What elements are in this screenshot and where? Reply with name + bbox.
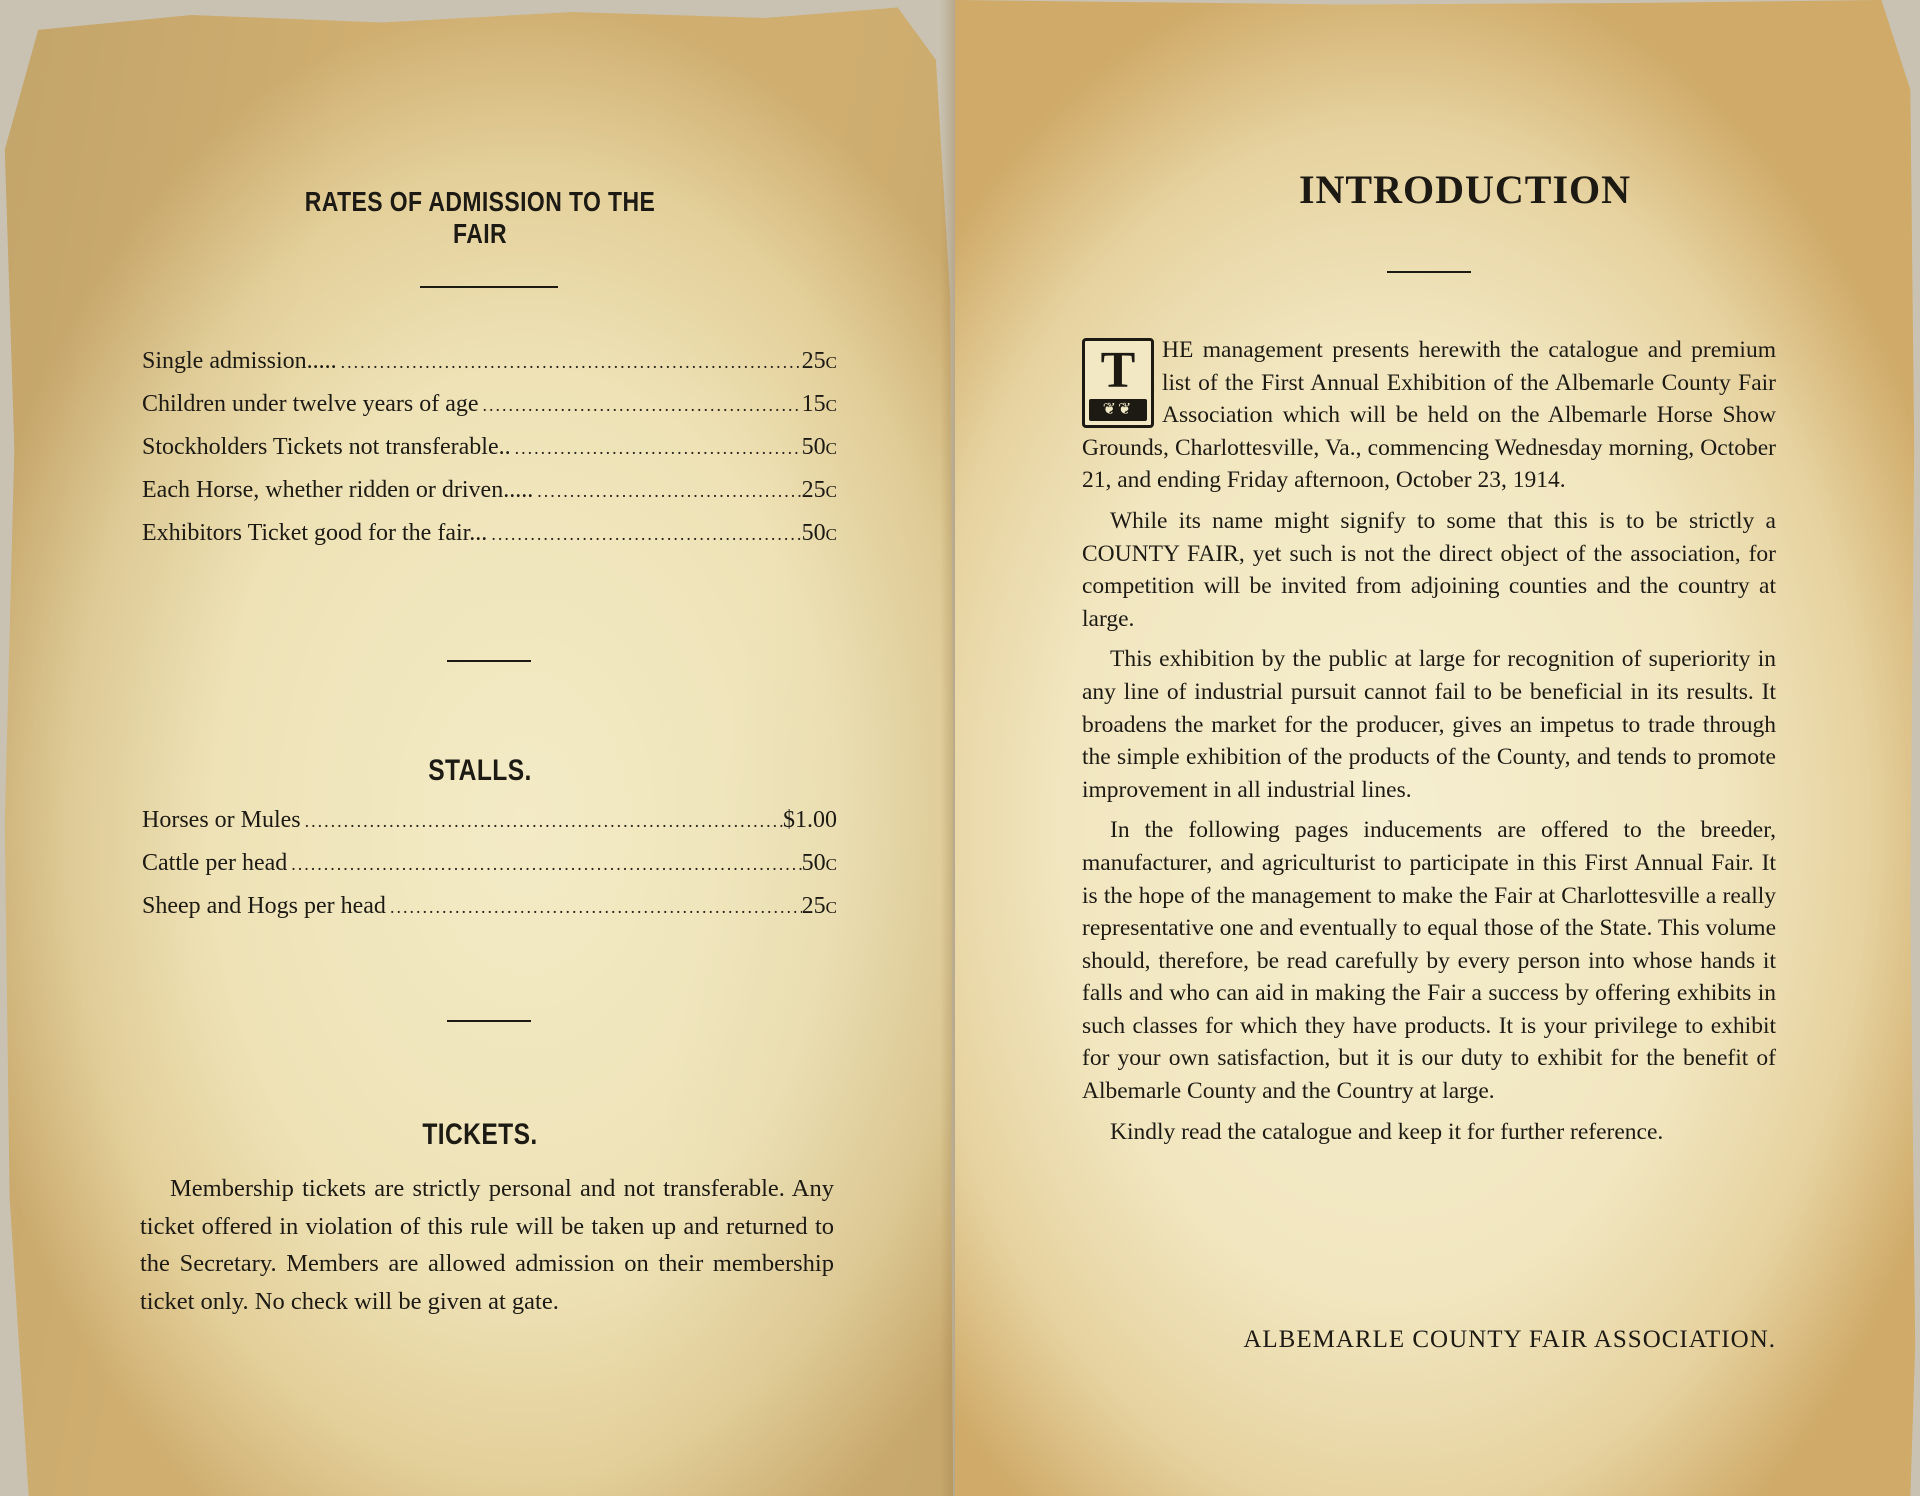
divider bbox=[447, 660, 531, 662]
association-signature: ALBEMARLE COUNTY FAIR ASSOCIATION. bbox=[1082, 1326, 1776, 1354]
stalls-heading: STALLS. bbox=[398, 754, 562, 788]
divider bbox=[1387, 271, 1471, 273]
drop-cap-ornament: T ❦❦ bbox=[1082, 338, 1154, 428]
admission-rates-list: Single admission.....25c Children under … bbox=[142, 348, 837, 563]
left-page: RATES OF ADMISSION TO THE FAIR Single ad… bbox=[0, 0, 955, 1496]
tickets-paragraph: Membership tickets are strictly personal… bbox=[140, 1170, 834, 1320]
rate-row: Children under twelve years of age15c bbox=[142, 391, 837, 434]
booklet-spread: RATES OF ADMISSION TO THE FAIR Single ad… bbox=[0, 0, 1920, 1496]
stalls-list: Horses or Mules$1.00 Cattle per head50c … bbox=[142, 807, 837, 936]
intro-paragraph: In the following pages inducements are o… bbox=[1082, 814, 1776, 1107]
stall-row: Sheep and Hogs per head25c bbox=[142, 893, 837, 936]
divider bbox=[420, 286, 558, 288]
rate-row: Exhibitors Ticket good for the fair...50… bbox=[142, 520, 837, 563]
intro-paragraph: HE management presents herewith the cata… bbox=[1082, 334, 1776, 497]
stall-row: Horses or Mules$1.00 bbox=[142, 807, 837, 850]
rate-row: Stockholders Tickets not transferable..5… bbox=[142, 434, 837, 477]
intro-paragraph: This exhibition by the public at large f… bbox=[1082, 643, 1776, 806]
tickets-heading: TICKETS. bbox=[398, 1118, 562, 1152]
rate-row: Each Horse, whether ridden or driven....… bbox=[142, 477, 837, 520]
intro-paragraph: While its name might signify to some tha… bbox=[1082, 505, 1776, 635]
introduction-heading: INTRODUCTION bbox=[1190, 166, 1740, 213]
leaf-ornament-icon: ❦❦ bbox=[1089, 399, 1147, 421]
intro-paragraph: Kindly read the catalogue and keep it fo… bbox=[1082, 1116, 1776, 1149]
rate-row: Single admission.....25c bbox=[142, 348, 837, 391]
divider bbox=[447, 1020, 531, 1022]
rates-heading: RATES OF ADMISSION TO THE FAIR bbox=[291, 186, 668, 250]
introduction-body: T ❦❦ HE management presents herewith the… bbox=[1082, 334, 1776, 1156]
stall-row: Cattle per head50c bbox=[142, 850, 837, 893]
